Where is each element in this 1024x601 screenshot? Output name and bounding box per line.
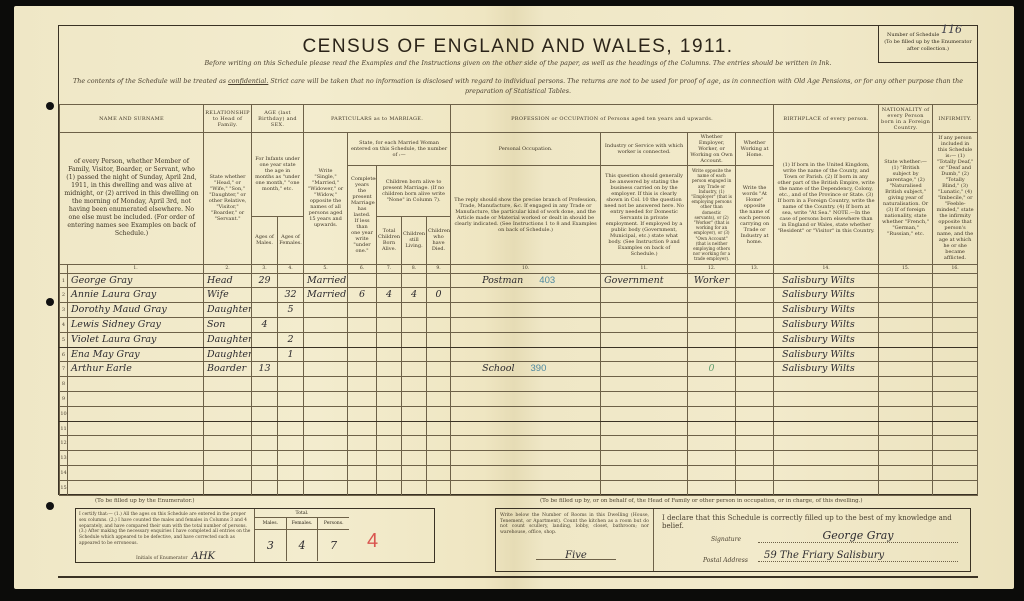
- schedule-number: 116: [941, 26, 962, 33]
- cell-industry: [601, 421, 688, 436]
- punch-hole: [46, 298, 54, 306]
- table-row: 11: [60, 421, 978, 436]
- married-women-instructions: State, for each Married Woman entered on…: [348, 133, 451, 166]
- cell-rel: Daughter: [204, 332, 252, 347]
- cell-nat: [879, 451, 933, 466]
- header-children-died: Children who have Died.: [427, 216, 451, 264]
- cell-birth: [774, 480, 879, 495]
- cell-industry: [601, 332, 688, 347]
- nationality-instructions: State whether:— (1) "British subject by …: [879, 133, 933, 265]
- cell-female: [278, 362, 304, 377]
- personal-occupation-instructions: The reply should show the precise branch…: [451, 166, 601, 265]
- cell-occ: [451, 421, 601, 436]
- cell-cond: [304, 480, 348, 495]
- cell-born: [377, 466, 402, 481]
- cell-born: 4: [377, 288, 402, 303]
- enumerator-initials: Initials of EnumeratorAHK: [136, 551, 215, 562]
- cell-died: [427, 332, 451, 347]
- cell-died: [427, 318, 451, 333]
- table-row: 13: [60, 451, 978, 466]
- instruction-line: Before writing on this Schedule please r…: [59, 59, 977, 67]
- header-total-children: Total Children Born Alive.: [377, 216, 402, 264]
- cell-living: [402, 362, 427, 377]
- cell-occ: [451, 406, 601, 421]
- cell-cond: [304, 303, 348, 318]
- cell-years: [348, 377, 377, 392]
- cell-living: [402, 436, 427, 451]
- infirmity-instructions: If any person included in this Schedule …: [933, 133, 978, 265]
- cell-home: [736, 303, 774, 318]
- condition-instructions: Write "Single," "Married," "Widower," or…: [304, 133, 348, 265]
- cell-female: 1: [278, 347, 304, 362]
- cell-occ: [451, 303, 601, 318]
- cell-occ: [451, 318, 601, 333]
- cell-name: [68, 406, 204, 421]
- employer-status-instructions: Write opposite the name of each person e…: [688, 166, 736, 265]
- cell-status: [688, 466, 736, 481]
- cell-inf: [933, 466, 978, 481]
- cell-industry: [601, 347, 688, 362]
- cell-living: [402, 303, 427, 318]
- row-number: 13: [60, 451, 68, 466]
- cell-status: [688, 303, 736, 318]
- cell-occ: [451, 466, 601, 481]
- cell-died: [427, 377, 451, 392]
- cell-years: [348, 318, 377, 333]
- cell-inf: [933, 392, 978, 407]
- cell-name: [68, 466, 204, 481]
- cell-male: [252, 406, 278, 421]
- occupation-text: School: [482, 363, 514, 374]
- header-ages-males: Ages of Males.: [252, 216, 278, 264]
- enumerator-section-title: (To be filled up by the Enumerator.): [95, 498, 195, 504]
- cell-status: Worker: [688, 273, 736, 288]
- row-number: 8: [60, 377, 68, 392]
- cell-birth: Salisbury Wilts: [774, 362, 879, 377]
- cell-years: [348, 421, 377, 436]
- cell-male: [252, 377, 278, 392]
- cell-living: [402, 273, 427, 288]
- cell-nat: [879, 377, 933, 392]
- table-row: 8: [60, 377, 978, 392]
- cell-died: [427, 392, 451, 407]
- cell-years: [348, 406, 377, 421]
- cell-home: [736, 451, 774, 466]
- cell-cond: [304, 377, 348, 392]
- cell-living: [402, 466, 427, 481]
- occupation-code: 390: [531, 363, 547, 374]
- cell-birth: Salisbury Wilts: [774, 318, 879, 333]
- cell-nat: [879, 421, 933, 436]
- cell-male: [252, 436, 278, 451]
- cell-nat: [879, 362, 933, 377]
- cell-male: [252, 288, 278, 303]
- cell-born: [377, 347, 402, 362]
- row-number: 15: [60, 480, 68, 495]
- cell-industry: [601, 392, 688, 407]
- table-row: 7Arthur EarleBoarder13School3900Salisbur…: [60, 362, 978, 377]
- cell-birth: [774, 436, 879, 451]
- cell-industry: [601, 303, 688, 318]
- cell-inf: [933, 406, 978, 421]
- cell-male: 29: [252, 273, 278, 288]
- cell-nat: [879, 392, 933, 407]
- cell-status: [688, 406, 736, 421]
- cell-female: [278, 273, 304, 288]
- cell-home: [736, 466, 774, 481]
- table-row: 4Lewis Sidney GraySon4Salisbury Wilts: [60, 318, 978, 333]
- cell-living: [402, 406, 427, 421]
- cell-status: 0: [688, 362, 736, 377]
- cell-male: [252, 303, 278, 318]
- cell-home: [736, 318, 774, 333]
- cell-inf: [933, 273, 978, 288]
- cell-birth: [774, 466, 879, 481]
- cell-name: [68, 421, 204, 436]
- totals-box: Total. Males. Females. Persons. 3 4 7: [254, 509, 349, 562]
- cell-home: [736, 406, 774, 421]
- cell-female: [278, 436, 304, 451]
- total-females: 4: [287, 530, 319, 561]
- cell-cond: Married: [304, 288, 348, 303]
- cell-rel: [204, 466, 252, 481]
- cell-name: [68, 377, 204, 392]
- cell-nat: [879, 436, 933, 451]
- row-number: 12: [60, 436, 68, 451]
- red-annotation: 4: [367, 530, 378, 553]
- cell-status: [688, 347, 736, 362]
- children-instructions: Children born alive to present Marriage.…: [377, 166, 451, 217]
- cell-occ: [451, 480, 601, 495]
- cell-years: [348, 362, 377, 377]
- row-number: 5: [60, 332, 68, 347]
- cell-status: [688, 436, 736, 451]
- punch-hole: [46, 102, 54, 110]
- row-number: 2: [60, 288, 68, 303]
- cell-born: [377, 392, 402, 407]
- cell-industry: [601, 466, 688, 481]
- cell-rel: Daughter: [204, 347, 252, 362]
- row-number: 1: [60, 273, 68, 288]
- cell-female: [278, 466, 304, 481]
- cell-inf: [933, 421, 978, 436]
- cell-living: [402, 332, 427, 347]
- cell-home: [736, 288, 774, 303]
- enumerator-box: I certify that:— (1.) All the ages on th…: [75, 508, 435, 563]
- cell-years: [348, 480, 377, 495]
- header-industry: Industry or Service with which worker is…: [601, 133, 688, 166]
- cell-died: [427, 362, 451, 377]
- cell-rel: [204, 377, 252, 392]
- cell-occ: [451, 288, 601, 303]
- cell-name: Ena May Gray: [68, 347, 204, 362]
- cell-male: 4: [252, 318, 278, 333]
- cell-cond: [304, 436, 348, 451]
- cell-years: [348, 392, 377, 407]
- confidentiality-notice: The contents of the Schedule will be tre…: [65, 76, 971, 96]
- cell-years: [348, 303, 377, 318]
- cell-occ: Postman403: [451, 273, 601, 288]
- total-males: 3: [255, 530, 287, 561]
- cell-cond: [304, 451, 348, 466]
- rooms-instructions: Write below the Number of Rooms in this …: [496, 509, 654, 571]
- cell-birth: Salisbury Wilts: [774, 347, 879, 362]
- industry-instructions: This question should generally be answer…: [601, 166, 688, 265]
- cell-years: [348, 347, 377, 362]
- cell-male: [252, 332, 278, 347]
- header-marriage: PARTICULARS as to MARRIAGE.: [304, 105, 451, 133]
- cell-name: Violet Laura Gray: [68, 332, 204, 347]
- cell-years: [348, 332, 377, 347]
- cell-rel: [204, 480, 252, 495]
- cell-industry: [601, 288, 688, 303]
- working-at-home-instructions: Write the words "At Home" opposite the n…: [736, 166, 774, 265]
- cell-years: [348, 436, 377, 451]
- row-number: 4: [60, 318, 68, 333]
- cell-born: [377, 451, 402, 466]
- cell-name: Dorothy Maud Gray: [68, 303, 204, 318]
- cell-died: [427, 347, 451, 362]
- cell-living: [402, 318, 427, 333]
- cell-male: [252, 392, 278, 407]
- row-number: 3: [60, 303, 68, 318]
- cell-nat: [879, 406, 933, 421]
- cell-male: [252, 347, 278, 362]
- cell-nat: [879, 303, 933, 318]
- cell-nat: [879, 466, 933, 481]
- cell-nat: [879, 288, 933, 303]
- cell-status: [688, 288, 736, 303]
- cell-cond: [304, 347, 348, 362]
- cell-living: [402, 421, 427, 436]
- cell-nat: [879, 332, 933, 347]
- cell-name: [68, 436, 204, 451]
- cell-home: [736, 377, 774, 392]
- cell-occ: School390: [451, 362, 601, 377]
- cell-home: [736, 436, 774, 451]
- bottom-rule: [58, 576, 978, 578]
- cell-female: 5: [278, 303, 304, 318]
- cell-cond: [304, 406, 348, 421]
- age-instructions: For Infants under one year state the age…: [252, 133, 304, 217]
- signature: George Gray: [758, 529, 958, 543]
- cell-status: [688, 480, 736, 495]
- header-age: AGE (last Birthday) and SEX.: [252, 105, 304, 133]
- header-working-at-home: Whether Working at Home.: [736, 133, 774, 166]
- relationship-instructions: State whether "Head," or "Wife," "Son," …: [204, 133, 252, 265]
- cell-home: [736, 421, 774, 436]
- schedule-number-box: Number of Schedule 116 (To be filled up …: [878, 25, 978, 63]
- cell-living: [402, 392, 427, 407]
- cell-died: [427, 436, 451, 451]
- cell-birth: Salisbury Wilts: [774, 273, 879, 288]
- cell-born: [377, 273, 402, 288]
- cell-born: [377, 332, 402, 347]
- cell-years: [348, 273, 377, 288]
- cell-occ: [451, 332, 601, 347]
- cell-female: 32: [278, 288, 304, 303]
- cell-died: 0: [427, 288, 451, 303]
- cell-born: [377, 318, 402, 333]
- cell-living: [402, 347, 427, 362]
- head-of-family-box: Write below the Number of Rooms in this …: [495, 508, 971, 572]
- cell-status: [688, 451, 736, 466]
- cell-living: [402, 451, 427, 466]
- cell-industry: [601, 362, 688, 377]
- cell-home: [736, 273, 774, 288]
- cell-died: [427, 480, 451, 495]
- header-relationship: RELATIONSHIP to Head of Family.: [204, 105, 252, 133]
- cell-female: 2: [278, 332, 304, 347]
- header-employer-status: Whether Employer, Worker, or Working on …: [688, 133, 736, 166]
- cell-occ: [451, 347, 601, 362]
- cell-born: [377, 303, 402, 318]
- header-personal-occupation: Personal Occupation.: [451, 133, 601, 166]
- cell-name: [68, 392, 204, 407]
- cell-occ: [451, 392, 601, 407]
- cell-born: [377, 436, 402, 451]
- table-row: 2Annie Laura GrayWife32Married6440Salisb…: [60, 288, 978, 303]
- cell-female: [278, 406, 304, 421]
- cell-inf: [933, 288, 978, 303]
- row-number: 9: [60, 392, 68, 407]
- cell-living: 4: [402, 288, 427, 303]
- cell-name: [68, 451, 204, 466]
- cell-nat: [879, 273, 933, 288]
- cell-cond: [304, 318, 348, 333]
- cell-male: [252, 480, 278, 495]
- cell-female: [278, 392, 304, 407]
- cell-years: [348, 466, 377, 481]
- cell-birth: Salisbury Wilts: [774, 288, 879, 303]
- enumerator-certification: I certify that:— (1.) All the ages on th…: [79, 512, 254, 547]
- cell-nat: [879, 480, 933, 495]
- cell-occ: [451, 436, 601, 451]
- cell-male: [252, 466, 278, 481]
- cell-rel: [204, 421, 252, 436]
- cell-female: [278, 377, 304, 392]
- header-children-living: Children still Living.: [402, 216, 427, 264]
- header-nationality: NATIONALITY of every Person born in a Fo…: [879, 105, 933, 133]
- cell-died: [427, 273, 451, 288]
- cell-birth: [774, 421, 879, 436]
- cell-birth: [774, 377, 879, 392]
- cell-cond: [304, 362, 348, 377]
- cell-living: [402, 377, 427, 392]
- cell-status: [688, 421, 736, 436]
- table-row: 15: [60, 480, 978, 495]
- cell-birth: [774, 406, 879, 421]
- header-occupation: PROFESSION or OCCUPATION of Persons aged…: [451, 105, 774, 133]
- cell-rel: Daughter: [204, 303, 252, 318]
- cell-inf: [933, 362, 978, 377]
- header-ages-females: Ages of Females.: [278, 216, 304, 264]
- cell-cond: [304, 421, 348, 436]
- cell-male: 13: [252, 362, 278, 377]
- cell-died: [427, 421, 451, 436]
- cell-female: [278, 421, 304, 436]
- cell-name: Arthur Earle: [68, 362, 204, 377]
- declaration-text: I declare that this Schedule is correctl…: [662, 514, 970, 530]
- cell-home: [736, 362, 774, 377]
- cell-cond: [304, 392, 348, 407]
- cell-status: [688, 392, 736, 407]
- cell-born: [377, 480, 402, 495]
- name-instructions: of every Person, whether Member of Famil…: [60, 133, 204, 265]
- cell-died: [427, 303, 451, 318]
- cell-female: [278, 480, 304, 495]
- cell-home: [736, 392, 774, 407]
- page-title: CENSUS OF ENGLAND AND WALES, 1911.: [59, 36, 977, 58]
- cell-rel: Son: [204, 318, 252, 333]
- row-number: 7: [60, 362, 68, 377]
- cell-occ: [451, 451, 601, 466]
- number-of-rooms: Five: [536, 553, 616, 560]
- table-row: 3Dorothy Maud GrayDaughter5Salisbury Wil…: [60, 303, 978, 318]
- cell-inf: [933, 480, 978, 495]
- column-numbers: 1. 2. 3. 4. 5. 6. 7. 8. 9. 10. 11. 12. 1…: [60, 264, 978, 273]
- cell-name: [68, 480, 204, 495]
- cell-inf: [933, 436, 978, 451]
- header-birthplace: BIRTHPLACE of every person.: [774, 105, 879, 133]
- cell-birth: [774, 392, 879, 407]
- table-row: 1George GrayHead29MarriedPostman403Gover…: [60, 273, 978, 288]
- cell-born: [377, 362, 402, 377]
- table-row: 9: [60, 392, 978, 407]
- cell-industry: Government: [601, 273, 688, 288]
- cell-male: [252, 421, 278, 436]
- cell-status: [688, 318, 736, 333]
- punch-hole: [46, 502, 54, 510]
- cell-born: [377, 377, 402, 392]
- cell-industry: [601, 318, 688, 333]
- cell-birth: [774, 451, 879, 466]
- cell-cond: [304, 466, 348, 481]
- head-of-family-section-title: (To be filled up by, or on behalf of, th…: [540, 498, 863, 504]
- cell-inf: [933, 377, 978, 392]
- row-number: 11: [60, 421, 68, 436]
- cell-name: Lewis Sidney Gray: [68, 318, 204, 333]
- table-row: 12: [60, 436, 978, 451]
- cell-cond: [304, 332, 348, 347]
- cell-industry: [601, 406, 688, 421]
- cell-inf: [933, 451, 978, 466]
- cell-died: [427, 451, 451, 466]
- cell-died: [427, 406, 451, 421]
- row-number: 6: [60, 347, 68, 362]
- cell-living: [402, 480, 427, 495]
- cell-inf: [933, 318, 978, 333]
- cell-inf: [933, 332, 978, 347]
- header-infirmity: INFIRMITY.: [933, 105, 978, 133]
- cell-cond: Married: [304, 273, 348, 288]
- cell-status: [688, 377, 736, 392]
- cell-name: George Gray: [68, 273, 204, 288]
- cell-inf: [933, 303, 978, 318]
- total-persons: 7: [318, 530, 349, 561]
- cell-home: [736, 480, 774, 495]
- cell-years: 6: [348, 288, 377, 303]
- cell-industry: [601, 436, 688, 451]
- census-form: CENSUS OF ENGLAND AND WALES, 1911. Befor…: [58, 25, 978, 495]
- cell-birth: Salisbury Wilts: [774, 303, 879, 318]
- cell-rel: [204, 406, 252, 421]
- cell-died: [427, 466, 451, 481]
- row-number: 14: [60, 466, 68, 481]
- table-row: 5Violet Laura GrayDaughter2Salisbury Wil…: [60, 332, 978, 347]
- cell-rel: [204, 451, 252, 466]
- cell-born: [377, 406, 402, 421]
